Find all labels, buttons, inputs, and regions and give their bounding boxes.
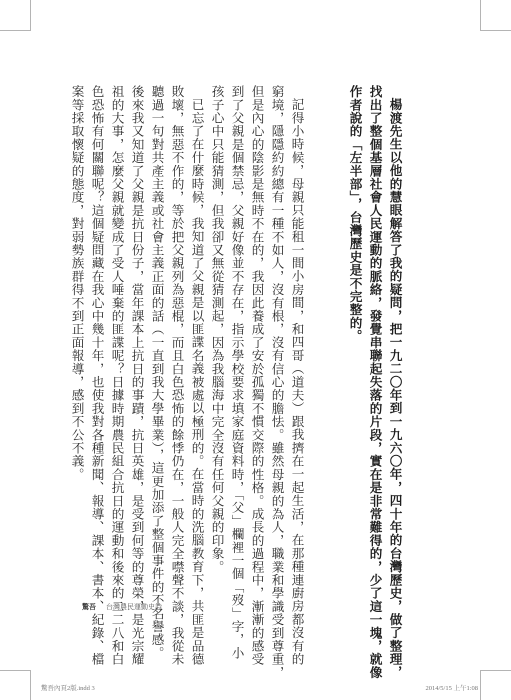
crop-mark-top-left-vertical xyxy=(30,0,31,30)
body-column-2: 窮境，隱隱約約總有一種不如人，沒有根，沒有信心的膽怯。雖然母親的為人，職業和學識… xyxy=(270,85,283,679)
body-column-12: 案等採取懷疑的態度，對弱勢族群得不到正面報導，感到不公不義。 xyxy=(70,85,83,481)
body-column-3: 但是內心的陰影是無時不在的，我因此養成了安於孤獨不慣交際的性格。成長的過程中，漸… xyxy=(250,85,263,666)
crop-mark-top-right-horizontal xyxy=(480,30,511,31)
footer-book-mark: 驚吾 xyxy=(82,603,96,611)
body-column-5: 孩子心中只能猜測，但我卻又無從猜測起，因為我腦海中完全沒有任何父親的印象。 xyxy=(210,85,223,573)
crop-mark-bottom-right-vertical xyxy=(480,670,481,700)
crop-mark-bottom-left-vertical xyxy=(30,670,31,700)
running-footer: 驚吾台灣農民運動史詩 xyxy=(82,602,162,612)
crop-mark-bottom-right-horizontal xyxy=(480,670,511,671)
slug-file-info: 驚吾內頁2版.indd 3 xyxy=(41,683,95,692)
body-column-1: 記得小時候，母親只能租一間小房間，和四哥（道夫）跟我擠在一起生活，在那種連廚房都… xyxy=(290,98,303,666)
body-column-11: 色恐怖有何關聯呢？這個疑問藏在我心中幾十年，也使我對各種新聞、報導、課本、書本、… xyxy=(90,85,103,666)
body-column-8: 聽過一句對共產主義或社會主義正面的話（一直到我大學畢業），這更加添了整個事件的不… xyxy=(150,85,163,660)
crop-mark-top-right-vertical xyxy=(480,0,481,30)
body-column-6: 已忘了在什麼時候，我知道了父親是以匪諜名義被處以極刑的。在當時的洗腦教育下，共匪… xyxy=(190,98,203,666)
crop-mark-top-left-horizontal xyxy=(0,30,31,31)
body-column-9: 後來我又知道了父親是抗日份子，當年課本上抗日的事蹟，抗日英雄，是受到何等的尊榮，… xyxy=(130,85,143,666)
body-column-4: 到了父親是個禁忌，父親好像並不存在，指示學校要求填家庭資料時，「父」欄裡一個「歿… xyxy=(230,85,243,660)
header-column-2: 找出了整個基層社會人民運動的脈絡，發覺串聯起失落的片段，實在是非常難得的，少了這… xyxy=(368,85,381,679)
body-column-10: 祖的大事，怎麼父親就變成了受人唾棄的匪諜呢？日據時期農民組合抗日的運動和後來的二… xyxy=(110,85,123,666)
body-column-7: 敗壞，無惡不作的，等於把父親列為惡棍，而且白色恐怖的餘悸仍在，一般人完全噤聲不談… xyxy=(170,85,183,666)
slug-timestamp: 2014/5/15 上午1:08 xyxy=(425,683,478,692)
crop-mark-bottom-left-horizontal xyxy=(0,670,31,671)
footer-book-title: 台灣農民運動史詩 xyxy=(106,603,162,611)
header-column-1: 楊渡先生以他的慧眼解答了我的疑問，把一九二〇年到一九六〇年，四十年的台灣歷史，做… xyxy=(388,98,401,679)
header-column-3: 作者說的「左半部」，台灣歷史是不完整的。 xyxy=(348,85,361,343)
